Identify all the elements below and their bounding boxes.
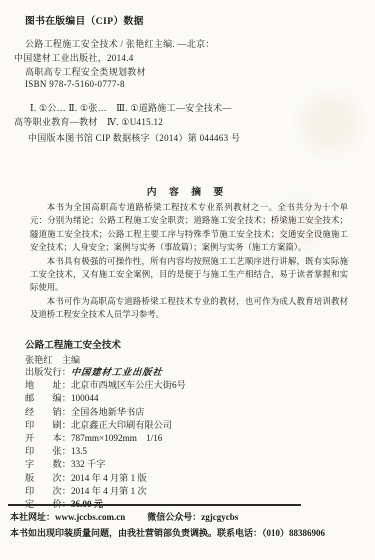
colophon-value: 787mm×1092mm 1/16 (71, 433, 162, 443)
abstract-body: 本书为全国高职高专道路桥梁工程技术专业系列教材之一。全书共分为十个单元：分别为绪… (30, 201, 348, 322)
abstract-paragraph-1: 本书为全国高职高专道路桥梁工程技术专业系列教材之一。全书共分为十个单元：分别为绪… (30, 201, 348, 255)
cip-isbn: ISBN 978-7-5160-0777-8 (25, 79, 125, 89)
cip-record-number: 中国版本图书馆 CIP 数据核字（2014）第 044463 号 (28, 131, 240, 144)
colophon-label: 出版发行 (25, 366, 62, 379)
cip-publisher-line: 中国建材工业出版社，2014.4 (14, 51, 134, 64)
publisher-logotype: 中国建材工业出版社 (70, 366, 163, 379)
website-text: 本社网址：www.jccbs.com.cn (10, 512, 125, 522)
colophon-value: 北京市西城区车公庄大街6号 (71, 380, 186, 390)
colophon-colon: ： (62, 407, 71, 417)
colophon-value: 332 千字 (71, 459, 105, 469)
colophon-colon: ： (62, 393, 71, 403)
colophon-row-printer: 印 刷：北京鑫正大印刷有限公司 (25, 419, 186, 432)
colophon-label: 经 销 (25, 406, 62, 419)
colophon-list: 出版发行：中国建材工业出版社 地 址：北京市西城区车公庄大街6号 邮 编：100… (25, 366, 186, 511)
colophon-row-sheets: 印 张：13.5 (25, 445, 186, 458)
colophon-colon: ： (62, 433, 71, 443)
quality-notice: 本书如出现印装质量问题，由我社营销部负责调换。联系电话：（010）8838690… (10, 526, 325, 539)
colophon-label: 地 址 (25, 379, 62, 392)
cip-title-line: 公路工程施工安全技术 / 张艳红主编. —北京： (25, 37, 215, 50)
colophon-row-edition: 版 次：2014 年 4 月第 1 版 (25, 472, 186, 485)
footer-contact-line: 本社网址：www.jccbs.com.cn微信公众号：zgjcgycbs (10, 510, 238, 523)
colophon-row-publisher: 出版发行：中国建材工业出版社 (25, 366, 186, 379)
colophon-colon: ： (62, 486, 71, 496)
colophon-value: 2014 年 4 月第 1 次 (71, 486, 147, 496)
colophon-colon: ： (62, 380, 71, 390)
colophon-row-address: 地 址：北京市西城区车公庄大街6号 (25, 379, 186, 392)
colophon-label: 邮 编 (25, 392, 62, 405)
cip-series-line: 高职高专工程安全类规划教材 (25, 65, 146, 78)
colophon-value: 2014 年 4 月第 1 版 (71, 473, 147, 483)
cip-header: 图书在版编目（CIP）数据 (25, 13, 144, 27)
colophon-label: 印 张 (25, 445, 62, 458)
book-copyright-page: 图书在版编目（CIP）数据 公路工程施工安全技术 / 张艳红主编. —北京： 中… (0, 0, 375, 560)
colophon-value: 北京鑫正大印刷有限公司 (71, 420, 172, 430)
abstract-paragraph-3: 本书可作为高职高专道路桥梁工程技术专业的教材，也可作为成人教育培训教材及道桥工程… (30, 295, 348, 322)
colophon-colon: ： (62, 446, 71, 456)
colophon-label: 版 次 (25, 472, 62, 485)
colophon-label: 印 刷 (25, 419, 62, 432)
colophon-label: 开 本 (25, 432, 62, 445)
colophon-label: 印 次 (25, 485, 62, 498)
editor-line: 张艳红 主编 (25, 352, 80, 366)
cip-classification-line1: Ⅰ. ①公… Ⅱ. ①张… Ⅲ. ①道路施工—安全技术— (30, 101, 232, 114)
colophon-value: 100044 (71, 393, 99, 403)
colophon-value: 全国各地新华书店 (71, 407, 145, 417)
colophon-row-format: 开 本：787mm×1092mm 1/16 (25, 432, 186, 445)
colophon-colon: ： (62, 459, 71, 469)
cip-classification-line2: 高等职业教育—教材 Ⅳ. ①U415.12 (14, 115, 163, 128)
book-title: 公路工程施工安全技术 (25, 337, 121, 351)
colophon-value: 13.5 (71, 446, 87, 456)
colophon-row-impression: 印 次：2014 年 4 月第 1 次 (25, 485, 186, 498)
colophon-row-wordcount: 字 数：332 千字 (25, 458, 186, 471)
colophon-label: 字 数 (25, 458, 62, 471)
colophon-colon: ： (62, 367, 71, 377)
colophon-row-postcode: 邮 编：100044 (25, 392, 186, 405)
abstract-paragraph-2: 本书具有极强的可操作性，所有内容均按照施工工艺顺序进行讲解，既有实际施工安全技术… (30, 255, 348, 295)
colophon-colon: ： (62, 420, 71, 430)
footer-divider (8, 504, 301, 506)
colophon-colon: ： (62, 473, 71, 483)
wechat-text: 微信公众号：zgjcgycbs (147, 512, 238, 522)
abstract-heading: 内 容 摘 要 (0, 184, 375, 198)
colophon-row-distribution: 经 销：全国各地新华书店 (25, 406, 186, 419)
